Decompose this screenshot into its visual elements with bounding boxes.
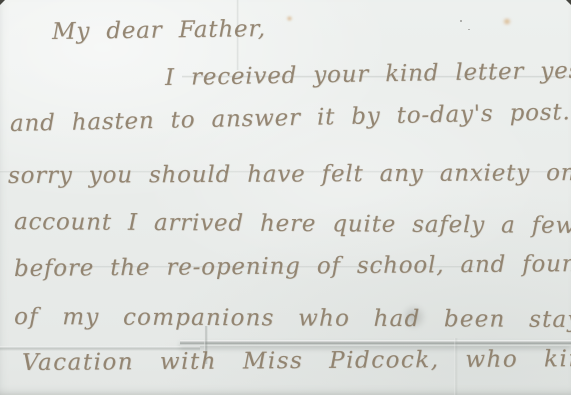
letter-line-4: account I arrived here quite safely a fe… xyxy=(14,208,571,240)
letter-line-1: I received your kind letter yesterd xyxy=(165,56,571,92)
letter-line-3: sorry you should have felt any anxiety o… xyxy=(8,159,571,190)
letter-line-2: and hasten to answer it by to-day's post… xyxy=(10,97,571,138)
foxing-spot-right xyxy=(502,18,512,25)
scan-edge-corner-top-right xyxy=(566,0,571,5)
letter-line-5: before the re-opening of school, and fou… xyxy=(14,249,571,283)
scanned-letter-page: My dear Father, I received your kind let… xyxy=(0,0,571,395)
letter-line-6: of my companions who had been staying th… xyxy=(14,303,571,335)
ink-speck xyxy=(460,20,462,22)
scan-edge-corner-top-left xyxy=(0,0,5,5)
letter-line-7: Vacation with Miss Pidcock, who kindly w… xyxy=(22,344,571,377)
letter-salutation: My dear Father, xyxy=(52,15,266,46)
foxing-spot-left xyxy=(286,16,293,21)
ink-speck xyxy=(468,29,470,30)
